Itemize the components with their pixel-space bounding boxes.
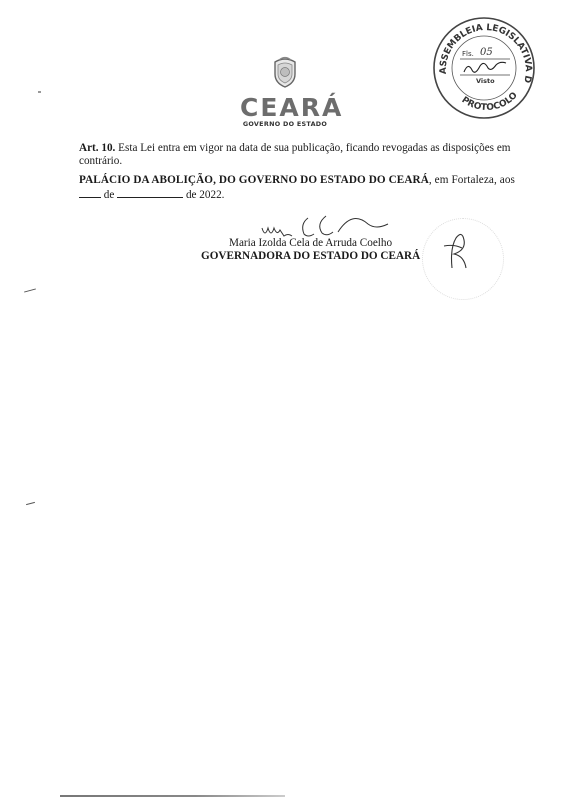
scan-mark bbox=[24, 288, 36, 292]
closing-statement: PALÁCIO DA ABOLIÇÃO, DO GOVERNO DO ESTAD… bbox=[79, 174, 515, 187]
protocol-stamp: ASSEMBLEIA LEGISLATIVA DO CEARÁ PROTOCOL… bbox=[424, 12, 544, 120]
city-text: , em Fortaleza, aos bbox=[429, 174, 515, 186]
stamp-folio-value: 05 bbox=[480, 47, 493, 58]
year-text: de 2022. bbox=[183, 189, 224, 201]
signer-name: Maria Izolda Cela de Arruda Coelho bbox=[229, 237, 392, 250]
article-10: Art. 10. Esta Lei entra em vigor na data… bbox=[79, 142, 511, 155]
logo-subtitle: GOVERNO DO ESTADO bbox=[240, 120, 330, 128]
article-label: Art. 10. bbox=[79, 142, 115, 154]
stamp-visto-label: Visto bbox=[476, 77, 495, 85]
signer-title: GOVERNADORA DO ESTADO DO CEARÁ bbox=[201, 250, 420, 263]
state-coat-of-arms-icon bbox=[271, 56, 299, 88]
stamp-top-text: ASSEMBLEIA LEGISLATIVA DO CEARÁ bbox=[424, 12, 533, 84]
footer-rule bbox=[60, 795, 285, 797]
article-10-continuation: contrário. bbox=[79, 155, 122, 168]
svg-text:ASSEMBLEIA LEGISLATIVA DO CEAR: ASSEMBLEIA LEGISLATIVA DO CEARÁ bbox=[424, 12, 533, 84]
rubric-initials bbox=[440, 228, 470, 270]
article-text: Esta Lei entra em vigor na data de sua p… bbox=[115, 142, 510, 154]
date-de: de bbox=[101, 189, 117, 201]
scan-mark bbox=[26, 502, 35, 505]
date-line: de de 2022. bbox=[79, 187, 224, 202]
scan-dot bbox=[38, 91, 41, 93]
logo-wordmark: CEARÁ bbox=[240, 95, 330, 121]
month-blank bbox=[117, 187, 183, 198]
stamp-folio-label: Fls. bbox=[462, 50, 474, 58]
palace-name: PALÁCIO DA ABOLIÇÃO, DO GOVERNO DO ESTAD… bbox=[79, 174, 429, 186]
day-blank bbox=[79, 187, 101, 198]
state-logo: CEARÁ GOVERNO DO ESTADO bbox=[240, 56, 330, 128]
